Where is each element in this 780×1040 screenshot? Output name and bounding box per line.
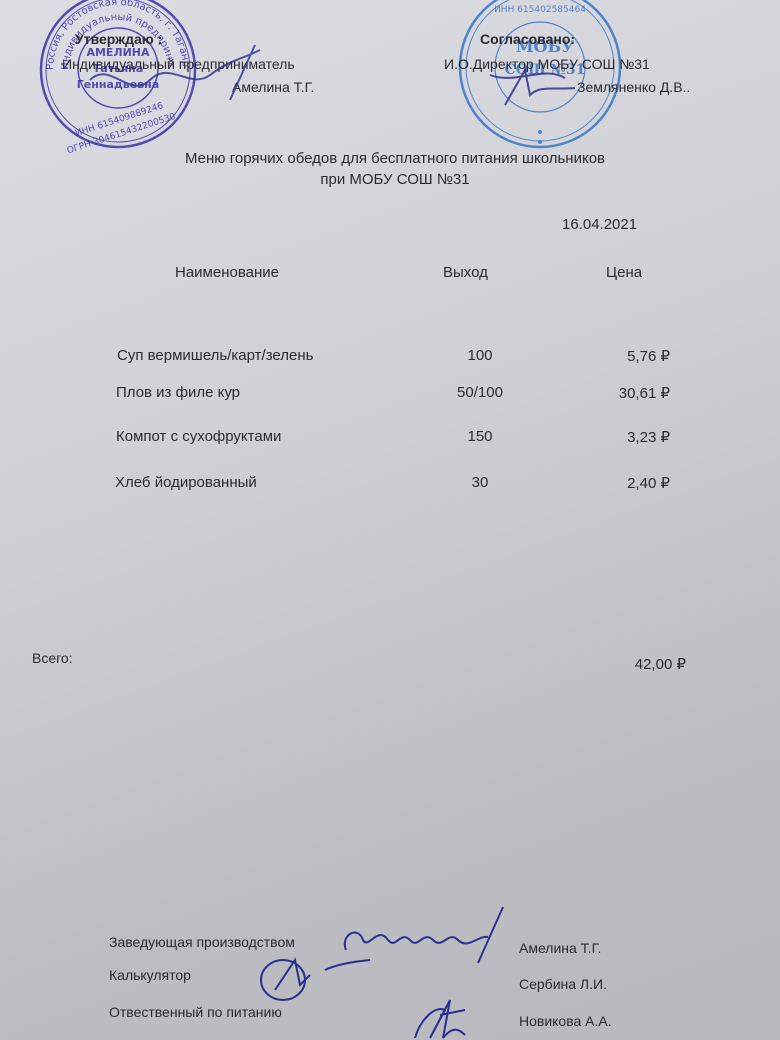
item-price: 30,61 ₽ [570, 384, 670, 402]
item-name: Суп вермишель/карт/зелень [117, 347, 313, 364]
signature-left-icon [80, 40, 280, 110]
document-title-line2: при МОБУ СОШ №31 [0, 171, 780, 188]
svg-text:ИНН 6154025854​64: ИНН 6154025854​64 [494, 5, 586, 15]
item-yield: 30 [440, 474, 520, 491]
item-price: 2,40 ₽ [570, 474, 670, 492]
item-name: Компот с сухофруктами [116, 428, 281, 445]
header-name: Наименование [175, 264, 279, 281]
document-date: 16.04.2021 [562, 216, 637, 233]
document-title-line1: Меню горячих обедов для бесплатного пита… [0, 150, 780, 167]
item-name: Плов из филе кур [116, 384, 240, 401]
signature-serbina-icon [255, 950, 385, 1010]
total-value: 42,00 ₽ [586, 655, 686, 673]
item-yield: 50/100 [440, 384, 520, 401]
signer-role: Калькулятор [109, 967, 191, 983]
signer-name: Амелина Т.Г. [519, 940, 601, 956]
item-name: Хлеб йодированный [115, 474, 257, 491]
signature-right-icon [485, 60, 605, 110]
signer-name: Сербина Л.И. [519, 976, 607, 992]
header-yield: Выход [443, 264, 488, 281]
signer-name: Новикова А.А. [519, 1013, 612, 1029]
item-yield: 100 [440, 347, 520, 364]
item-yield: 150 [440, 428, 520, 445]
signer-role: Заведующая производством [109, 934, 295, 950]
total-label: Всего: [32, 650, 73, 666]
header-price: Цена [606, 264, 642, 281]
item-price: 5,76 ₽ [570, 347, 670, 365]
signature-novikova-icon [405, 990, 485, 1040]
item-price: 3,23 ₽ [570, 428, 670, 446]
approval-right-heading: Согласовано: [480, 31, 575, 47]
